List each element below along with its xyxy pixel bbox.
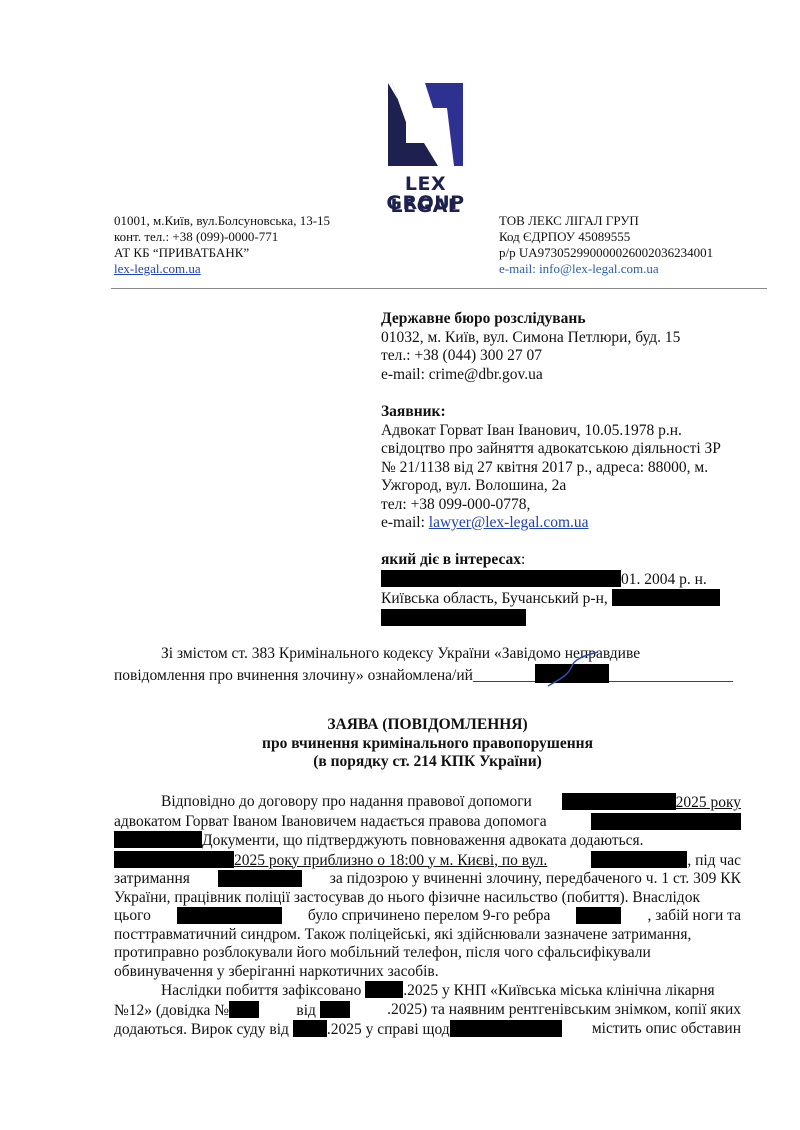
body-text: 2025 року приблизно о 18:00 у м. Києві, … <box>234 852 547 869</box>
body-text: №12» (довідка № <box>114 1002 229 1019</box>
company-website-link[interactable]: lex-legal.com.ua <box>114 261 201 276</box>
redacted-contract-date <box>562 793 676 810</box>
recipient-email: e-mail: crime@dbr.gov.ua <box>381 366 680 385</box>
company-logo: LEX LEGAL GROUP <box>368 80 483 215</box>
redacted-case-party <box>450 1020 562 1037</box>
redacted-victim-2 <box>576 907 621 924</box>
acknowledgement: Зі змістом ст. 383 Кримінального кодексу… <box>114 645 741 685</box>
company-edrpou: Код ЄДРПОУ 45089555 <box>499 229 713 245</box>
signature-scribble-icon <box>538 646 608 690</box>
company-bank: АТ КБ “ПРИВАТБАНК” <box>114 245 330 261</box>
client-region: Київська область, Бучанський р-н, <box>381 590 608 607</box>
body-text: містить опис обставин <box>592 1020 741 1040</box>
signature-blank: ________ <box>473 667 535 684</box>
applicant-email-link[interactable]: lawyer@lex-legal.com.ua <box>429 514 589 531</box>
body-text: затримання <box>114 870 190 889</box>
recipient-name: Державне бюро розслідувань <box>381 310 680 329</box>
redacted-detainee <box>218 870 302 887</box>
logo-mark-icon <box>368 80 483 170</box>
statement-body: Відповідно до договору про надання право… <box>114 793 741 1040</box>
signature-blank-2: ________ <box>609 667 671 684</box>
applicant-name: Адвокат Горват Іван Іванович, 10.05.1978… <box>381 422 741 441</box>
title-line2: про вчинення кримінального правопорушенн… <box>114 735 741 754</box>
letterhead-divider <box>111 288 767 289</box>
company-name: ТОВ ЛЕКС ЛІГАЛ ГРУП <box>499 213 713 229</box>
logo-text-line2: GROUP <box>368 192 483 214</box>
client-label: який діє в інтересах <box>381 551 521 568</box>
body-text: 2025 року <box>676 794 741 811</box>
company-address: 01001, м.Київ, вул.Болсуновська, 13-15 <box>114 213 330 229</box>
client-dob: 01. 2004 р. н. <box>621 571 707 588</box>
recipient-address: 01032, м. Київ, вул. Симона Петлюри, буд… <box>381 329 680 348</box>
redacted-client-address <box>612 589 720 606</box>
redacted-verdict-date <box>293 1020 327 1037</box>
signature-blank-3: ________ <box>671 667 733 684</box>
applicant-phone: тел: +38 099-000-0778, <box>381 496 741 515</box>
body-text: обвинувачення у зберіганні наркотичних з… <box>114 963 439 980</box>
body-text: , забій ноги та <box>647 907 741 926</box>
redacted-certificate-number <box>229 1001 259 1018</box>
applicant-certificate: свідоцтво про зайняття адвокатською діял… <box>381 440 741 459</box>
body-text: за підозрою у вчиненні злочину, передбач… <box>330 870 741 889</box>
redacted-victim <box>177 907 282 924</box>
applicant-email-label: e-mail: <box>381 514 429 531</box>
applicant-certificate-number: № 21/1138 від 27 квітня 2017 р., адреса:… <box>381 459 741 478</box>
letterhead-left: 01001, м.Київ, вул.Болсуновська, 13-15 к… <box>114 213 330 277</box>
body-text: Відповідно до договору про надання право… <box>161 793 532 810</box>
client-label-colon: : <box>521 551 525 568</box>
body-text: , під час <box>687 852 741 869</box>
title-line1: ЗАЯВА (ПОВІДОМЛЕННЯ) <box>114 716 741 735</box>
redacted-client-ref-2 <box>114 831 202 848</box>
client-block: який діє в інтересах: 01. 2004 р. н. Киї… <box>381 551 741 628</box>
redacted-incident-date <box>114 851 234 868</box>
redacted-certificate-date <box>320 1001 350 1018</box>
body-text: від <box>296 1002 316 1019</box>
redacted-client-name <box>381 570 621 587</box>
applicant-label: Заявник: <box>381 403 741 422</box>
body-text: посттравматичний синдром. Також поліцейс… <box>114 926 691 943</box>
company-account: р/р UA973052990000026002036234001 <box>499 245 713 261</box>
body-text: додаються. Вирок суду від <box>114 1021 289 1038</box>
applicant-block: Заявник: Адвокат Горват Іван Іванович, 1… <box>381 403 741 533</box>
body-text: .2025 у справі щод <box>327 1021 450 1038</box>
document-title: ЗАЯВА (ПОВІДОМЛЕННЯ) про вчинення кримін… <box>114 716 741 772</box>
body-text: протиправно розблокували його мобільний … <box>114 944 651 961</box>
redacted-record-date <box>365 981 403 998</box>
body-text: .2025) та наявним рентгенівським знімком… <box>387 1001 741 1021</box>
applicant-address: Ужгород, вул. Волошина, 2а <box>381 477 741 496</box>
body-text: Наслідки побиття зафіксовано <box>161 982 361 999</box>
acknowledgement-line2: повідомлення про вчинення злочину» ознай… <box>114 667 473 684</box>
redacted-client-ref <box>591 813 741 830</box>
company-email: e-mail: info@lex-legal.com.ua <box>499 261 713 277</box>
redacted-client-address-2 <box>381 609 526 626</box>
body-text: цього <box>114 907 151 926</box>
letterhead-right: ТОВ ЛЕКС ЛІГАЛ ГРУП Код ЄДРПОУ 45089555 … <box>499 213 713 277</box>
body-text: .2025 у КНП «Київська міська клінічна лі… <box>403 982 714 999</box>
body-text: України, працівник поліції застосував до… <box>114 889 700 906</box>
title-line3: (в порядку ст. 214 КПК України) <box>114 753 741 772</box>
body-text: адвокатом Горват Іваном Івановичем надає… <box>114 813 547 832</box>
company-phone: конт. тел.: +38 (099)-0000-771 <box>114 229 330 245</box>
redacted-street <box>591 851 687 868</box>
recipient-phone: тел.: +38 (044) 300 27 07 <box>381 347 680 366</box>
recipient-block: Державне бюро розслідувань 01032, м. Киї… <box>381 310 680 384</box>
body-text: було спричинено перелом 9-го ребра <box>308 907 550 926</box>
body-text: Документи, що підтверджують повноваження… <box>202 832 644 849</box>
